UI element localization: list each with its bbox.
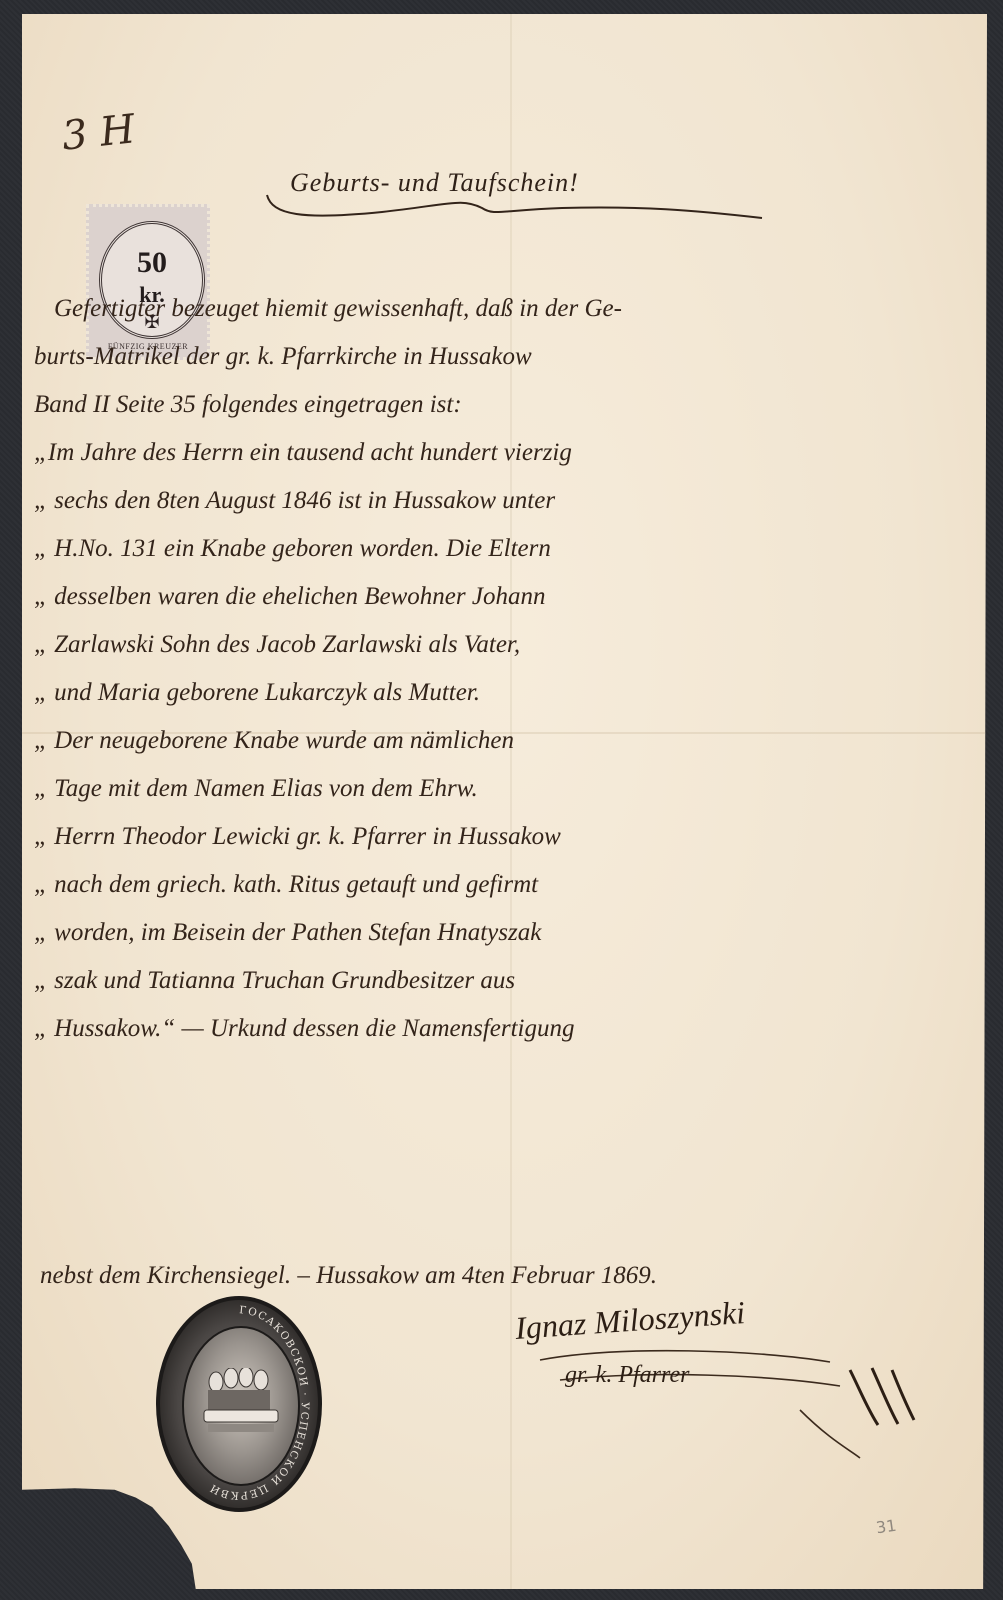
- church-seal: ГОСАКОВСКОИ · УСПЕНСКОИ ЦЕРКВИ: [156, 1296, 322, 1512]
- body-line: „ H.No. 131 ein Knabe geboren worden. Di…: [34, 525, 964, 573]
- dormition-scene-icon: [196, 1368, 286, 1438]
- seal-image-dormition: [182, 1326, 300, 1486]
- pencil-page-number: 31: [875, 1516, 898, 1538]
- body-line: Band II Seite 35 folgendes eingetragen i…: [34, 381, 964, 429]
- stamp-value: 50: [102, 246, 202, 280]
- body-line: „ nach dem griech. kath. Ritus getauft u…: [34, 861, 964, 909]
- body-line: Gefertigter bezeuget hiemit gewissenhaft…: [34, 285, 964, 333]
- body-line: „ szak und Tatianna Truchan Grundbesitze…: [34, 957, 964, 1005]
- signature-title: gr. k. Pfarrer: [565, 1362, 689, 1389]
- body-line: „ Hussakow.“ — Urkund dessen die Namensf…: [34, 1005, 964, 1053]
- body-line: „ worden, im Beisein der Pathen Stefan H…: [34, 909, 964, 957]
- certificate-body: Gefertigter bezeuget hiemit gewissenhaft…: [34, 285, 964, 1053]
- title-underline-flourish: [262, 190, 782, 230]
- body-line: „ und Maria geborene Lukarczyk als Mutte…: [34, 669, 964, 717]
- body-line: „ Der neugeborene Knabe wurde am nämlich…: [34, 717, 964, 765]
- body-line: „ sechs den 8ten August 1846 ist in Huss…: [34, 477, 964, 525]
- body-line: „Im Jahre des Herrn ein tausend acht hun…: [34, 429, 964, 477]
- body-line: burts-Matrikel der gr. k. Pfarrkirche in…: [34, 333, 964, 381]
- body-line: „ desselben waren die ehelichen Bewohner…: [34, 573, 964, 621]
- body-line: „ Zarlawski Sohn des Jacob Zarlawski als…: [34, 621, 964, 669]
- reference-mark: 3 H: [60, 106, 137, 159]
- body-line: „ Tage mit dem Namen Elias von dem Ehrw.: [34, 765, 964, 813]
- body-line: „ Herrn Theodor Lewicki gr. k. Pfarrer i…: [34, 813, 964, 861]
